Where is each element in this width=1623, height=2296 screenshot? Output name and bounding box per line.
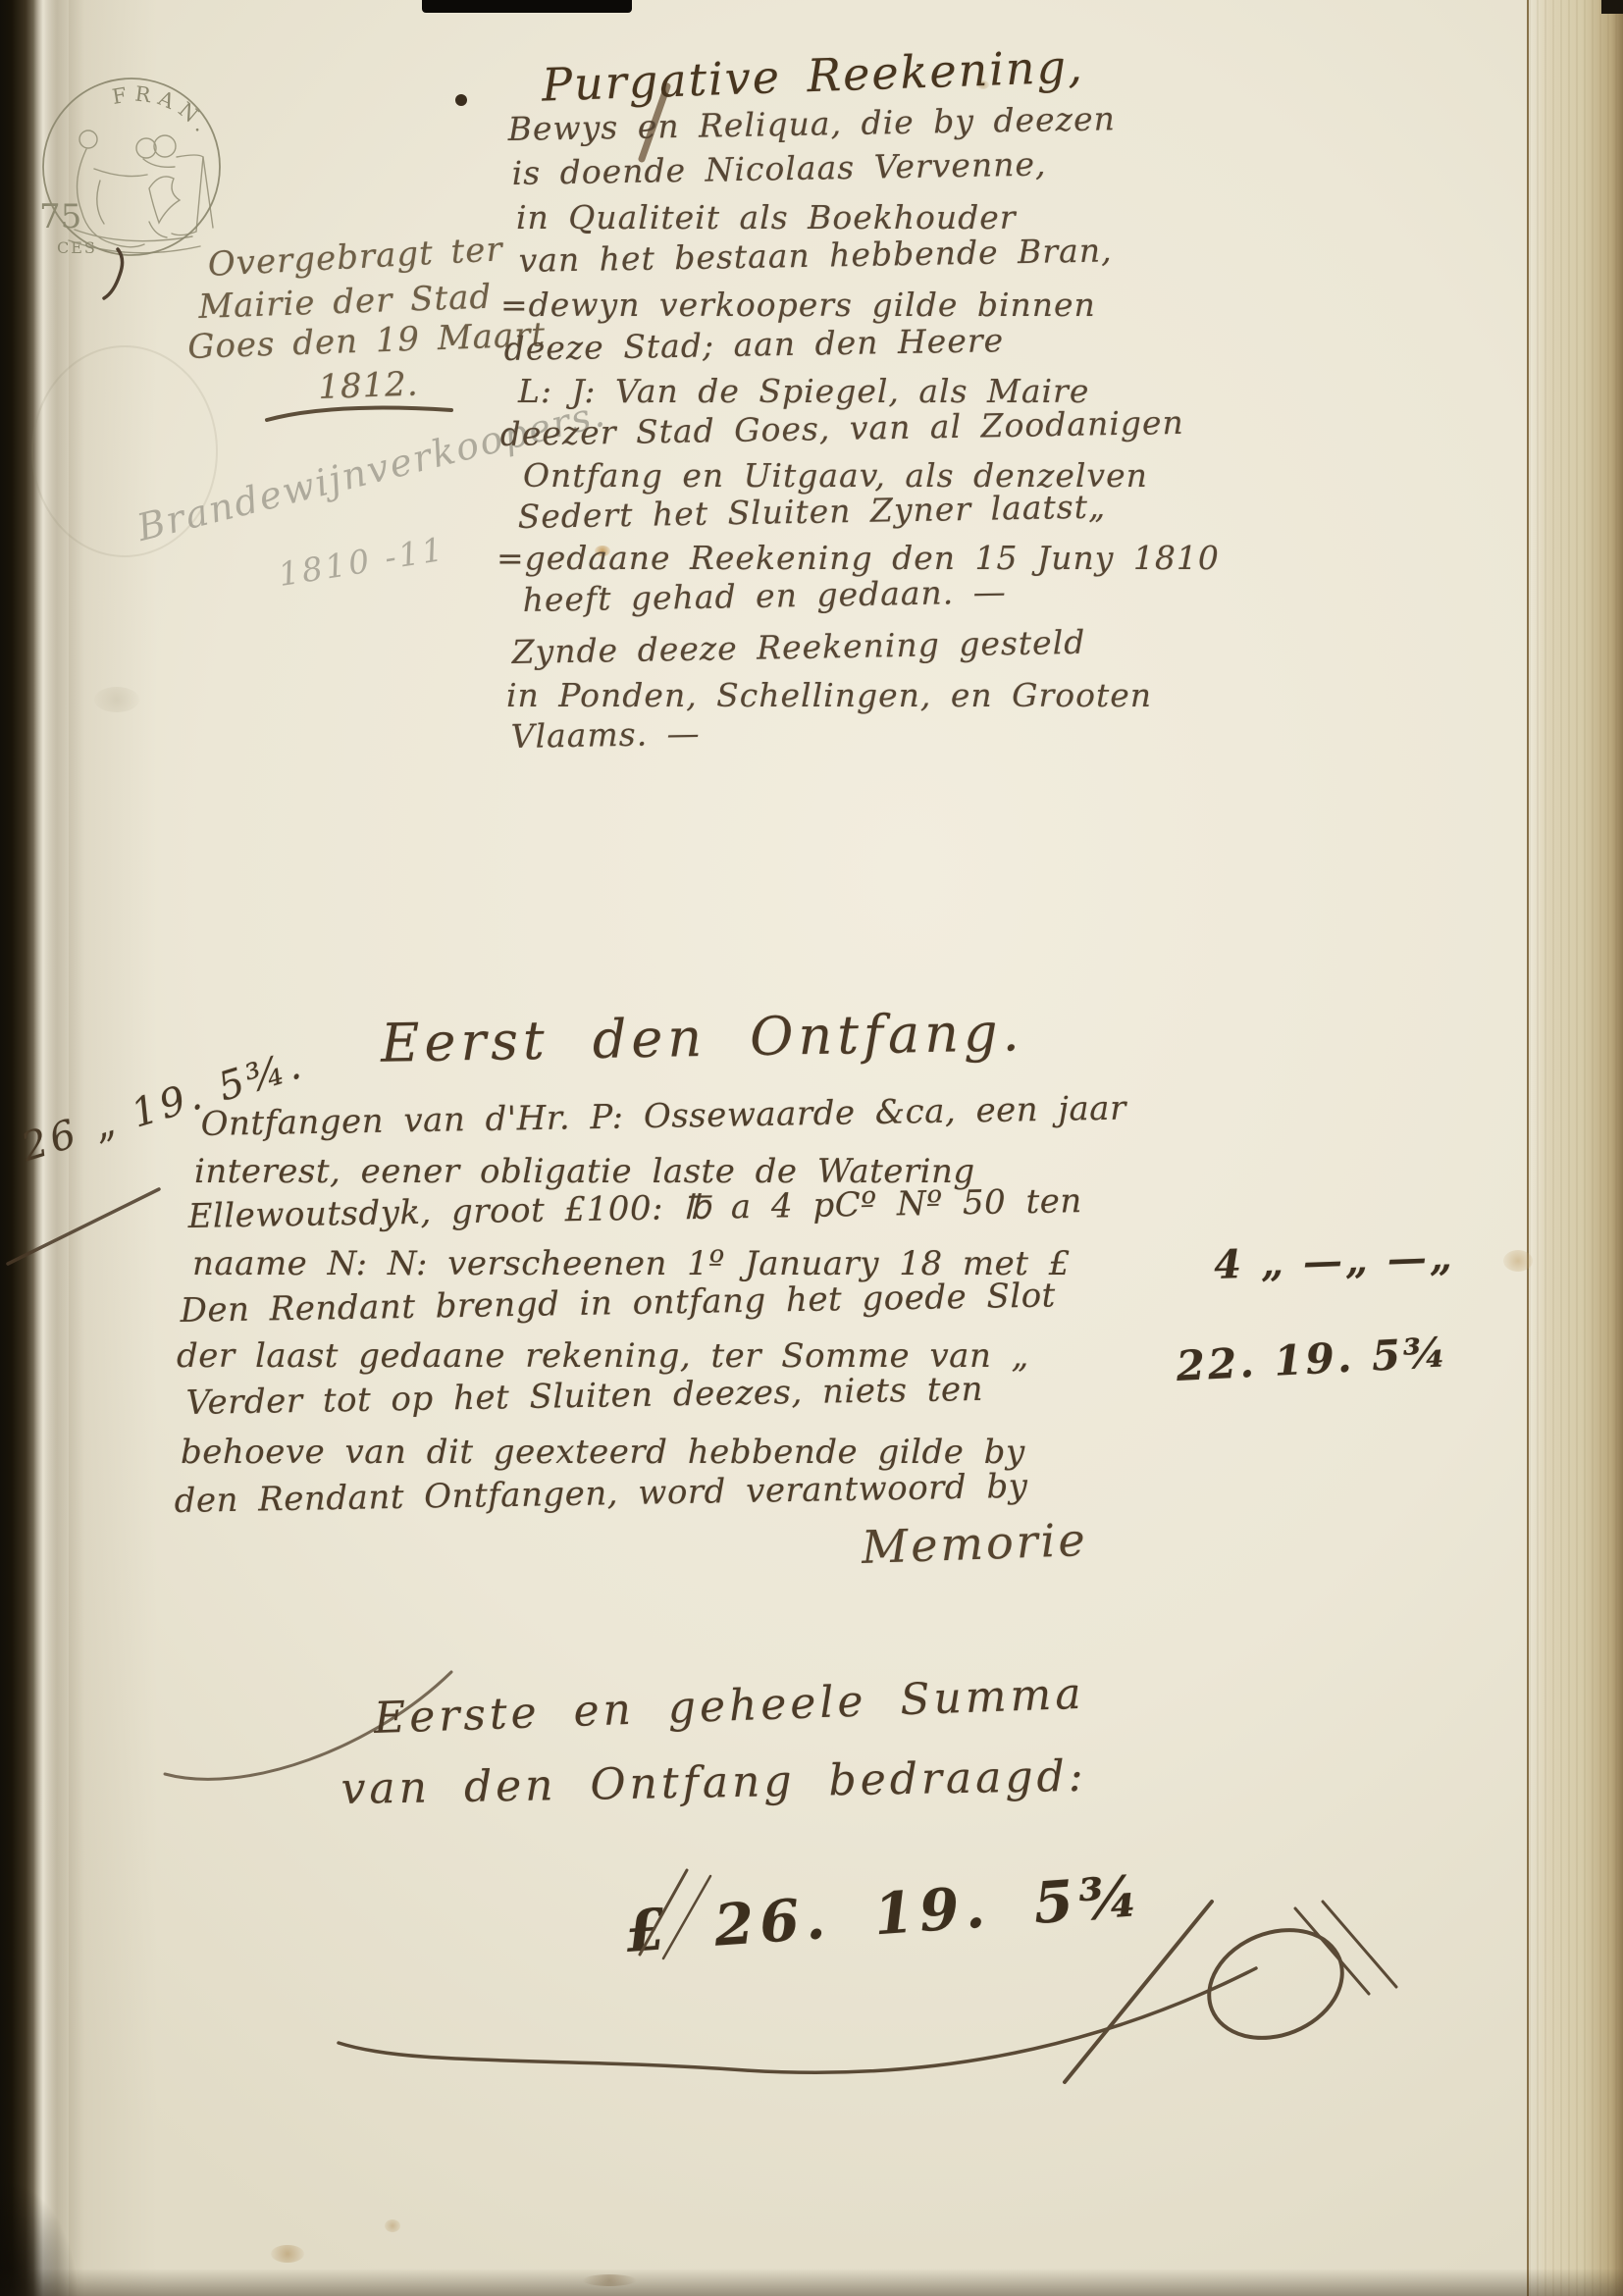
- scan-artifact-top: [422, 0, 632, 13]
- page-edges-right: [1527, 0, 1623, 2296]
- body-line: heeft gehad en gedaan. —: [522, 574, 1007, 618]
- section-heading-ontfang: Eerst den Ontfang.: [381, 1003, 1025, 1072]
- flourish-margin-total: [4, 1174, 171, 1272]
- body-line: in Ponden, Schellingen, en Grooten: [506, 678, 1152, 713]
- heading-line: Purgative Reekening,: [541, 41, 1084, 110]
- margin-note-line: Overgebragt ter: [207, 232, 503, 284]
- entry-line: den Rendant Ontfangen, word verantwoord …: [174, 1469, 1027, 1521]
- summary-line: van den Ontfang bedraagd:: [340, 1753, 1087, 1814]
- stamp-denomination: 75: [39, 197, 81, 236]
- manuscript-page: FRAN. 75 CES Overgebragt ter: [0, 0, 1623, 2296]
- entry-amount: 22. 19. 5¾: [1176, 1330, 1450, 1389]
- revenue-stamp: FRAN. 75 CES: [27, 65, 236, 273]
- entry-line: Den Rendant brengd in ontfang het goede …: [180, 1278, 1056, 1330]
- body-line: is doende Nicolaas Vervenne,: [511, 146, 1046, 191]
- entry-line: Ontfangen van d'Hr. P: Ossewaarde &ca, e…: [200, 1091, 1126, 1144]
- svg-text:FRAN.: FRAN.: [110, 81, 217, 141]
- flourish-underline: [263, 400, 459, 430]
- body-line: L: J: Van de Spiegel, als Maire: [518, 374, 1089, 409]
- foxing-spot: [94, 687, 139, 712]
- foxing-spot: [1503, 1250, 1533, 1272]
- body-line: Vlaams. —: [510, 716, 701, 756]
- ink-dot: [449, 88, 479, 118]
- body-line: =gedaane Reekening den 15 Juny 1810: [497, 541, 1220, 576]
- pencil-year-note: 1810 -11: [276, 532, 447, 594]
- body-line: Sedert het Sluiten Zyner laatst„: [517, 490, 1106, 536]
- foxing-spot: [583, 2274, 636, 2286]
- body-line: deeze Stad; aan den Heere: [503, 323, 1004, 367]
- foxing-spot: [385, 2219, 400, 2232]
- stamp-arc-text: FRAN.: [110, 81, 217, 141]
- bottom-shadow: [0, 2269, 1623, 2296]
- entry-amount: 4 „ —„ —„: [1213, 1235, 1455, 1287]
- body-line: =dewyn verkoopers gilde binnen: [500, 287, 1096, 323]
- pen-mark-left: [90, 245, 130, 314]
- body-line: Zynde deeze Reekening gesteld: [511, 625, 1085, 670]
- entry-line: Verder tot op het Sluiten deezes, niets …: [185, 1372, 983, 1423]
- body-line: in Qualiteit als Boekhouder: [516, 200, 1017, 235]
- body-line: van het bestaan hebbende Bran,: [518, 233, 1112, 279]
- bottom-left-corner-shadow: [0, 2178, 79, 2296]
- entry-line: behoeve van dit geexteerd hebbende gilde…: [181, 1435, 1025, 1471]
- entry-line: der laast gedaane rekening, ter Somme va…: [177, 1338, 1029, 1375]
- memorie-annotation: Memorie: [861, 1515, 1088, 1573]
- entry-line: Ellewoutsdyk, groot £100: ℔ a 4 pCº Nº 5…: [187, 1183, 1082, 1235]
- pen-flourish-total: [294, 1864, 1433, 2100]
- foxing-spot: [271, 2245, 304, 2263]
- body-line: Bewys en Reliqua, die by deezen: [507, 101, 1116, 147]
- scan-artifact-top-right: [1601, 0, 1623, 14]
